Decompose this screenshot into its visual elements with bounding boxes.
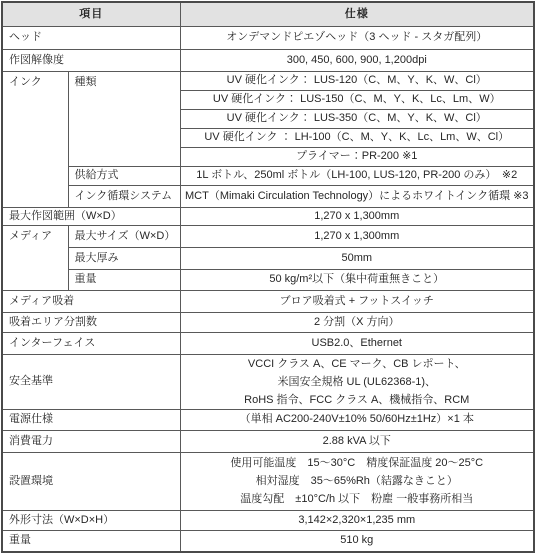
- row-ink-kind-label: 種類: [68, 71, 180, 166]
- header-spec: 仕様: [180, 2, 534, 26]
- row-media-thickness-value: 50mm: [180, 247, 534, 269]
- table-row: 外形寸法（W×D×H） 3,142×2,320×1,235 mm: [2, 510, 534, 530]
- row-dimensions-label: 外形寸法（W×D×H）: [2, 510, 180, 530]
- row-ink-circulation-value: MCT（Mimaki Circulation Technology）によるホワイ…: [180, 185, 534, 207]
- row-safety-value: VCCI クラス A、CE マーク、CB レポート、 米国安全規格 UL (UL…: [180, 354, 534, 409]
- row-media-max-size-label: 最大サイズ（W×D）: [68, 225, 180, 247]
- ink-type-primer: プライマー：PR-200 ※1: [180, 147, 534, 166]
- row-weight-label: 重量: [2, 530, 180, 552]
- row-media-weight-value: 50 kg/m²以下（集中荷重無きこと）: [180, 269, 534, 290]
- row-media-thickness-label: 最大厚み: [68, 247, 180, 269]
- safety-line-2: 米国安全規格 UL (UL62368-1)、: [185, 373, 530, 391]
- table-row: 消費電力 2.88 kVA 以下: [2, 430, 534, 452]
- table-row: 重量 50 kg/m²以下（集中荷重無きこと）: [2, 269, 534, 290]
- table-row: 最大作図範囲（W×D） 1,270 x 1,300mm: [2, 207, 534, 225]
- row-max-area-label: 最大作図範囲（W×D）: [2, 207, 180, 225]
- row-head-value: オンデマンドピエゾヘッド（3 ヘッド - スタガ配列）: [180, 26, 534, 49]
- table-row: 作図解像度 300, 450, 600, 900, 1,200dpi: [2, 49, 534, 71]
- table-row: メディア吸着 ブロア吸着式 + フットスイッチ: [2, 290, 534, 312]
- table-row: 供給方式 1L ボトル、250ml ボトル（LH-100, LUS-120, P…: [2, 166, 534, 185]
- table-row: 設置環境 使用可能温度 15～30°C 精度保証温度 20～25°C 相対湿度 …: [2, 452, 534, 510]
- table-row: ヘッド オンデマンドピエゾヘッド（3 ヘッド - スタガ配列）: [2, 26, 534, 49]
- row-power-label: 電源仕様: [2, 409, 180, 430]
- row-ink-supply-value: 1L ボトル、250ml ボトル（LH-100, LUS-120, PR-200…: [180, 166, 534, 185]
- ink-type-lus150: UV 硬化インク： LUS-150（C、M、Y、K、Lc、Lm、W）: [180, 90, 534, 109]
- table-row: インク 種類 UV 硬化インク： LUS-120（C、M、Y、K、W、Cl）: [2, 71, 534, 90]
- row-media-label: メディア: [2, 225, 68, 290]
- row-media-hold-label: メディア吸着: [2, 290, 180, 312]
- environment-line-1: 使用可能温度 15～30°C 精度保証温度 20～25°C: [185, 454, 530, 472]
- row-dimensions-value: 3,142×2,320×1,235 mm: [180, 510, 534, 530]
- row-ink-circulation-label: インク循環システム: [68, 185, 180, 207]
- header-item: 項目: [2, 2, 180, 26]
- row-consumption-label: 消費電力: [2, 430, 180, 452]
- row-interface-label: インターフェイス: [2, 332, 180, 354]
- ink-type-lh100: UV 硬化インク ： LH-100（C、M、Y、K、Lc、Lm、W、Cl）: [180, 128, 534, 147]
- row-interface-value: USB2.0、Ethernet: [180, 332, 534, 354]
- ink-type-lus350: UV 硬化インク： LUS-350（C、M、Y、K、W、Cl）: [180, 109, 534, 128]
- row-media-weight-label: 重量: [68, 269, 180, 290]
- row-ink-label: インク: [2, 71, 68, 207]
- row-max-area-value: 1,270 x 1,300mm: [180, 207, 534, 225]
- table-row: 安全基準 VCCI クラス A、CE マーク、CB レポート、 米国安全規格 U…: [2, 354, 534, 409]
- table-row: 吸着エリア分割数 2 分割（X 方向）: [2, 312, 534, 332]
- row-vacuum-zones-label: 吸着エリア分割数: [2, 312, 180, 332]
- row-environment-label: 設置環境: [2, 452, 180, 510]
- row-weight-value: 510 kg: [180, 530, 534, 552]
- table-row: 重量 510 kg: [2, 530, 534, 552]
- row-resolution-label: 作図解像度: [2, 49, 180, 71]
- table-header-row: 項目 仕様: [2, 2, 534, 26]
- row-media-hold-value: ブロア吸着式 + フットスイッチ: [180, 290, 534, 312]
- row-ink-supply-label: 供給方式: [68, 166, 180, 185]
- row-consumption-value: 2.88 kVA 以下: [180, 430, 534, 452]
- ink-type-lus120: UV 硬化インク： LUS-120（C、M、Y、K、W、Cl）: [180, 71, 534, 90]
- row-power-value: （単相 AC200-240V±10% 50/60Hz±1Hz）×1 本: [180, 409, 534, 430]
- row-media-max-size-value: 1,270 x 1,300mm: [180, 225, 534, 247]
- environment-line-3: 温度勾配 ±10°C/h 以下 粉塵 一般事務所相当: [185, 490, 530, 508]
- table-row: 電源仕様 （単相 AC200-240V±10% 50/60Hz±1Hz）×1 本: [2, 409, 534, 430]
- row-environment-value: 使用可能温度 15～30°C 精度保証温度 20～25°C 相対湿度 35～65…: [180, 452, 534, 510]
- spec-table: 項目 仕様 ヘッド オンデマンドピエゾヘッド（3 ヘッド - スタガ配列） 作図…: [1, 1, 535, 553]
- safety-line-1: VCCI クラス A、CE マーク、CB レポート、: [185, 355, 530, 373]
- table-row: インク循環システム MCT（Mimaki Circulation Technol…: [2, 185, 534, 207]
- table-row: 最大厚み 50mm: [2, 247, 534, 269]
- row-vacuum-zones-value: 2 分割（X 方向）: [180, 312, 534, 332]
- row-head-label: ヘッド: [2, 26, 180, 49]
- row-resolution-value: 300, 450, 600, 900, 1,200dpi: [180, 49, 534, 71]
- environment-line-2: 相対湿度 35～65%Rh（結露なきこと）: [185, 472, 530, 490]
- table-row: メディア 最大サイズ（W×D） 1,270 x 1,300mm: [2, 225, 534, 247]
- safety-line-3: RoHS 指令、FCC クラス A、機械指令、RCM: [185, 391, 530, 409]
- table-row: インターフェイス USB2.0、Ethernet: [2, 332, 534, 354]
- row-safety-label: 安全基準: [2, 354, 180, 409]
